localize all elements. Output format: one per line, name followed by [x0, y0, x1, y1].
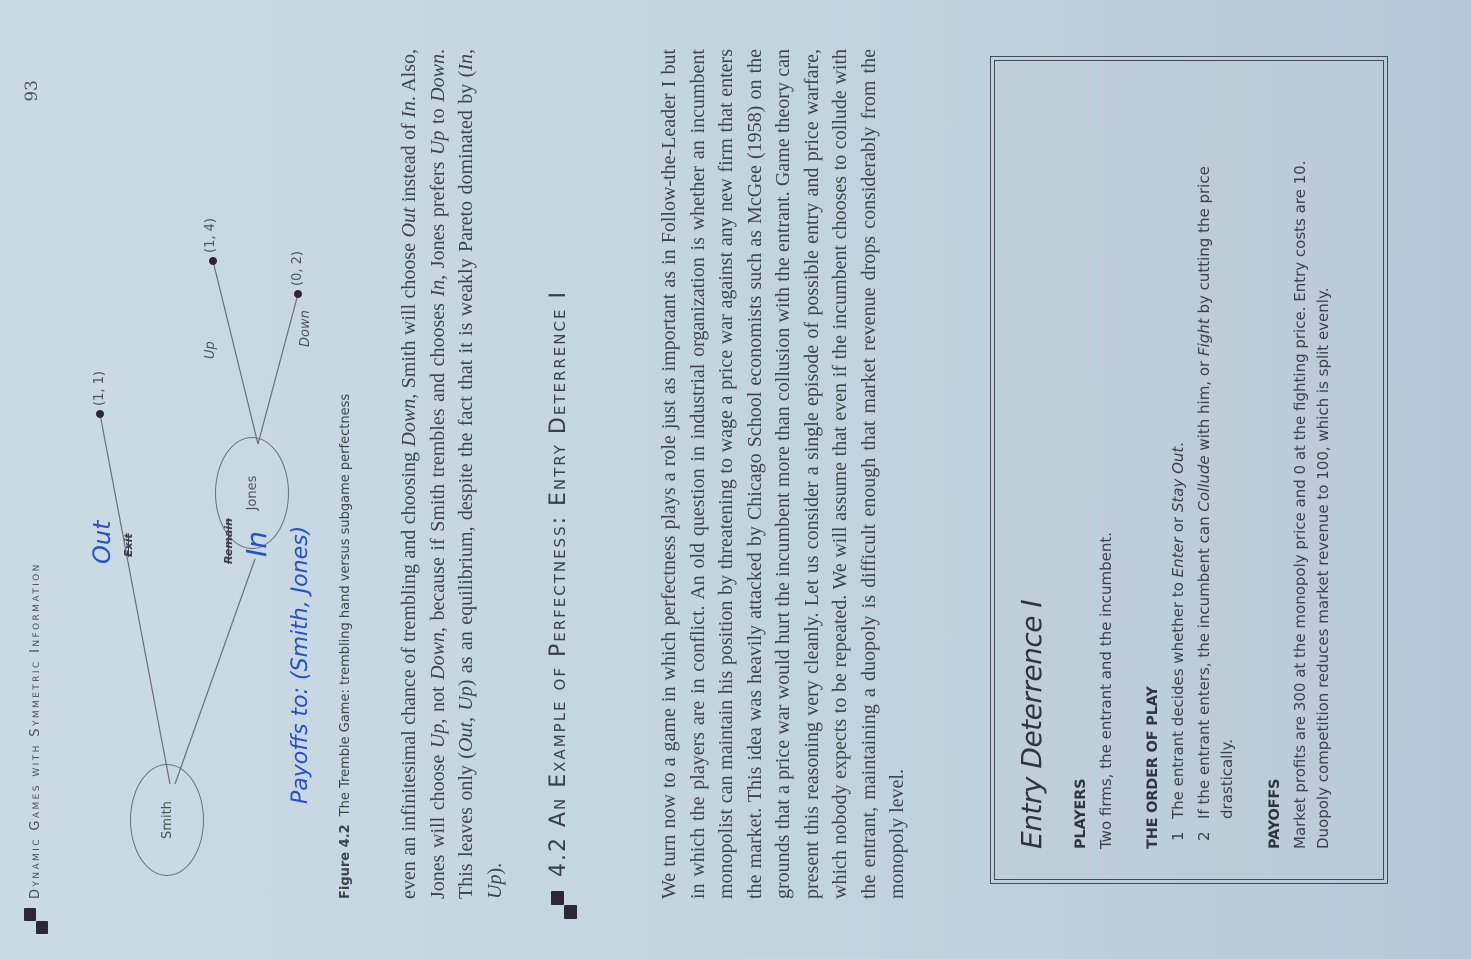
game-tree-figure: Smith Jones (1, 1) (1, 4) (0, 2) Up Down…: [0, 0, 400, 959]
payoff-down: (0, 2): [290, 251, 305, 286]
book-page: Dynamic Games with Symmetric Information…: [0, 0, 1471, 959]
struck-exit: Exit: [122, 533, 135, 557]
struck-remain: Remain: [222, 518, 235, 564]
game-definition-box: Entry Deterrence I PLAYERS Two firms, th…: [990, 56, 1388, 884]
handwritten-in: In: [240, 531, 273, 557]
branch-label-up: Up: [203, 341, 218, 359]
order-item-1: 1The entrant decides whether to Enter or…: [1167, 111, 1190, 841]
payoff-out: (1, 1): [92, 371, 107, 406]
players-text: Two firms, the entrant and the incumbent…: [1095, 109, 1118, 849]
section-mark-icon: [549, 885, 579, 919]
players-heading: PLAYERS: [1073, 779, 1089, 849]
figure-caption-label: Figure 4.2: [338, 824, 353, 899]
order-of-play-heading: THE ORDER OF PLAY: [1145, 686, 1161, 849]
handwritten-out: Out: [88, 520, 116, 564]
section-title: 4.2 An Example of Perfectness: Entry Det…: [543, 57, 575, 877]
payoffs-text: Market profits are 300 at the monopoly p…: [1289, 109, 1335, 849]
paragraph-trembling: even an infinitesimal chance of tremblin…: [395, 49, 509, 899]
paragraph-entry-deterrence: We turn now to a game in which perfectne…: [655, 49, 912, 899]
figure-caption-text: The Tremble Game: trembling hand versus …: [338, 394, 353, 816]
handwritten-payoffs-note: Payoffs to: (Smith, Jones): [288, 526, 313, 804]
branch-label-down: Down: [298, 310, 313, 347]
order-item-2: 2If the entrant enters, the incumbent ca…: [1193, 111, 1239, 841]
figure-caption: Figure 4.2The Tremble Game: trembling ha…: [338, 394, 353, 899]
payoff-up: (1, 4): [203, 218, 218, 253]
payoffs-heading: PAYOFFS: [1267, 779, 1283, 849]
box-title: Entry Deterrence I: [1015, 600, 1048, 849]
node-smith: Smith: [130, 764, 204, 876]
